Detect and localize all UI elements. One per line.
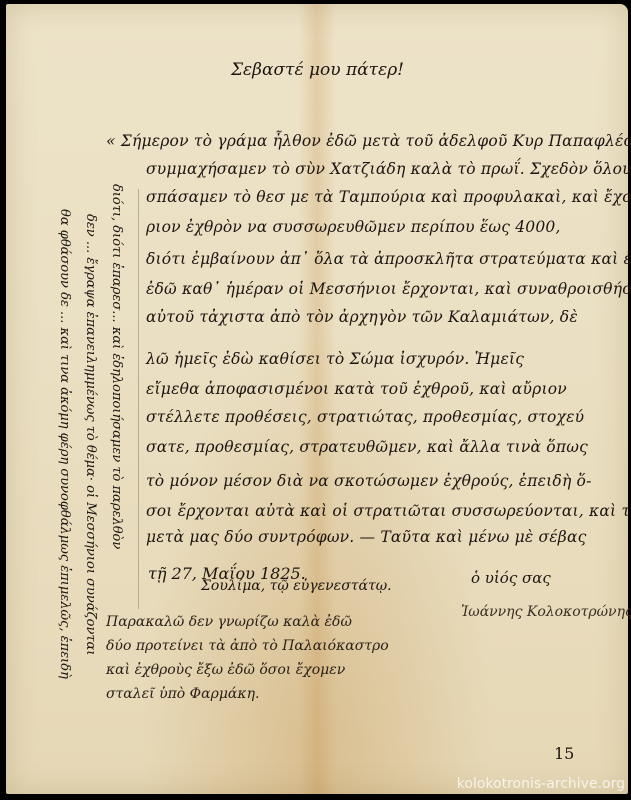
body-line: συμμαχήσαμεν τὸ σὺν Χατζιάδη καλὰ τὸ πρω… (146, 160, 631, 178)
margin-note-2: δεν ... ἔγραψα ἐπανειλημμένως τὸ θέμα· ο… (83, 214, 98, 655)
body-line: ριον ἐχθρὸν να συσσωρευθῶμεν περίπου ἕως… (146, 218, 561, 236)
margin-note-1: διότι, διότι ἐπαρεσ... καὶ ἐδηλοποιήσαμε… (109, 184, 124, 549)
watermark: kolokotronis-archive.org (457, 776, 625, 792)
body-line: διότι ἐμβαίνουν ἀπ᾿ ὅλα τὰ ἀπροσκλῆτα στ… (146, 250, 631, 268)
body-line: τὸ μόνον μέσον διὰ να σκοτώσωμεν ἐχθρούς… (146, 472, 592, 490)
body-line: « Σήμερον τὸ γράμα ἦλθον ἐδῶ μετὰ τοῦ ἀδ… (106, 132, 631, 150)
postscript-line: Παρακαλῶ δεν γνωρίζω καλὰ ἐδῶ (106, 614, 352, 630)
postscript-line: καὶ ἐχθροὺς ἔξω ἐδῶ ὅσοι ἔχομεν (106, 662, 345, 678)
body-line: αὐτοῦ τἀχιστα ἀπὸ τὸν ἀρχηγὸν τῶν Καλαμι… (146, 308, 578, 326)
body-line: μετὰ μας δύο συντρόφων. — Ταῦτα καὶ μένω… (146, 528, 587, 546)
body-line: στέλλετε προθέσεις, στρατιώτας, προθεσμί… (146, 408, 584, 426)
body-line: ἐδῶ καθ᾿ ἡμέραν οἱ Μεσσήνιοι ἔρχονται, κ… (146, 280, 631, 298)
postscript-line: σταλεῖ ὑπὸ Φαρμάκη. (106, 686, 259, 702)
body-line: σπάσαμεν τὸ θεσ με τὰ Ταμπούρια καὶ προφ… (146, 188, 631, 206)
postscript-heading: Σουλίμα, τῷ εὐγενεστάτῳ. (201, 578, 392, 594)
body-line: λῶ ἡμεῖς ἐδὼ καθίσει τὸ Σώμα ἰσχυρόν. Ἡμ… (146, 350, 524, 368)
margin-rule (138, 189, 139, 609)
postscript-line: δύο προτείνει τὰ ἀπὸ τὸ Παλαιόκαστρο (106, 638, 389, 654)
signature: Ἰωάννης Κολοκοτρώνης (461, 604, 631, 620)
body-line: σατε, προθεσμίας, στρατευθῶμεν, καὶ ἄλλα… (146, 438, 588, 456)
folio-number: 15 (554, 744, 574, 763)
manuscript-page: Σεβαστέ μου πάτερ! διότι, διότι ἐπαρεσ..… (6, 4, 628, 794)
closing: ὁ υἱός σας (471, 569, 551, 587)
body-line: εἴμεθα ἀποφασισμένοι κατὰ τοῦ ἐχθροῦ, κα… (146, 380, 567, 398)
margin-note-3: θα φθάσουν δε ... καὶ τινα ἀκόμη φέρη συ… (57, 209, 72, 679)
salutation: Σεβαστέ μου πάτερ! (231, 60, 404, 80)
body-line: σοι ἔρχονται αὐτὰ καὶ οἱ στρατιῶται συσσ… (146, 502, 631, 520)
